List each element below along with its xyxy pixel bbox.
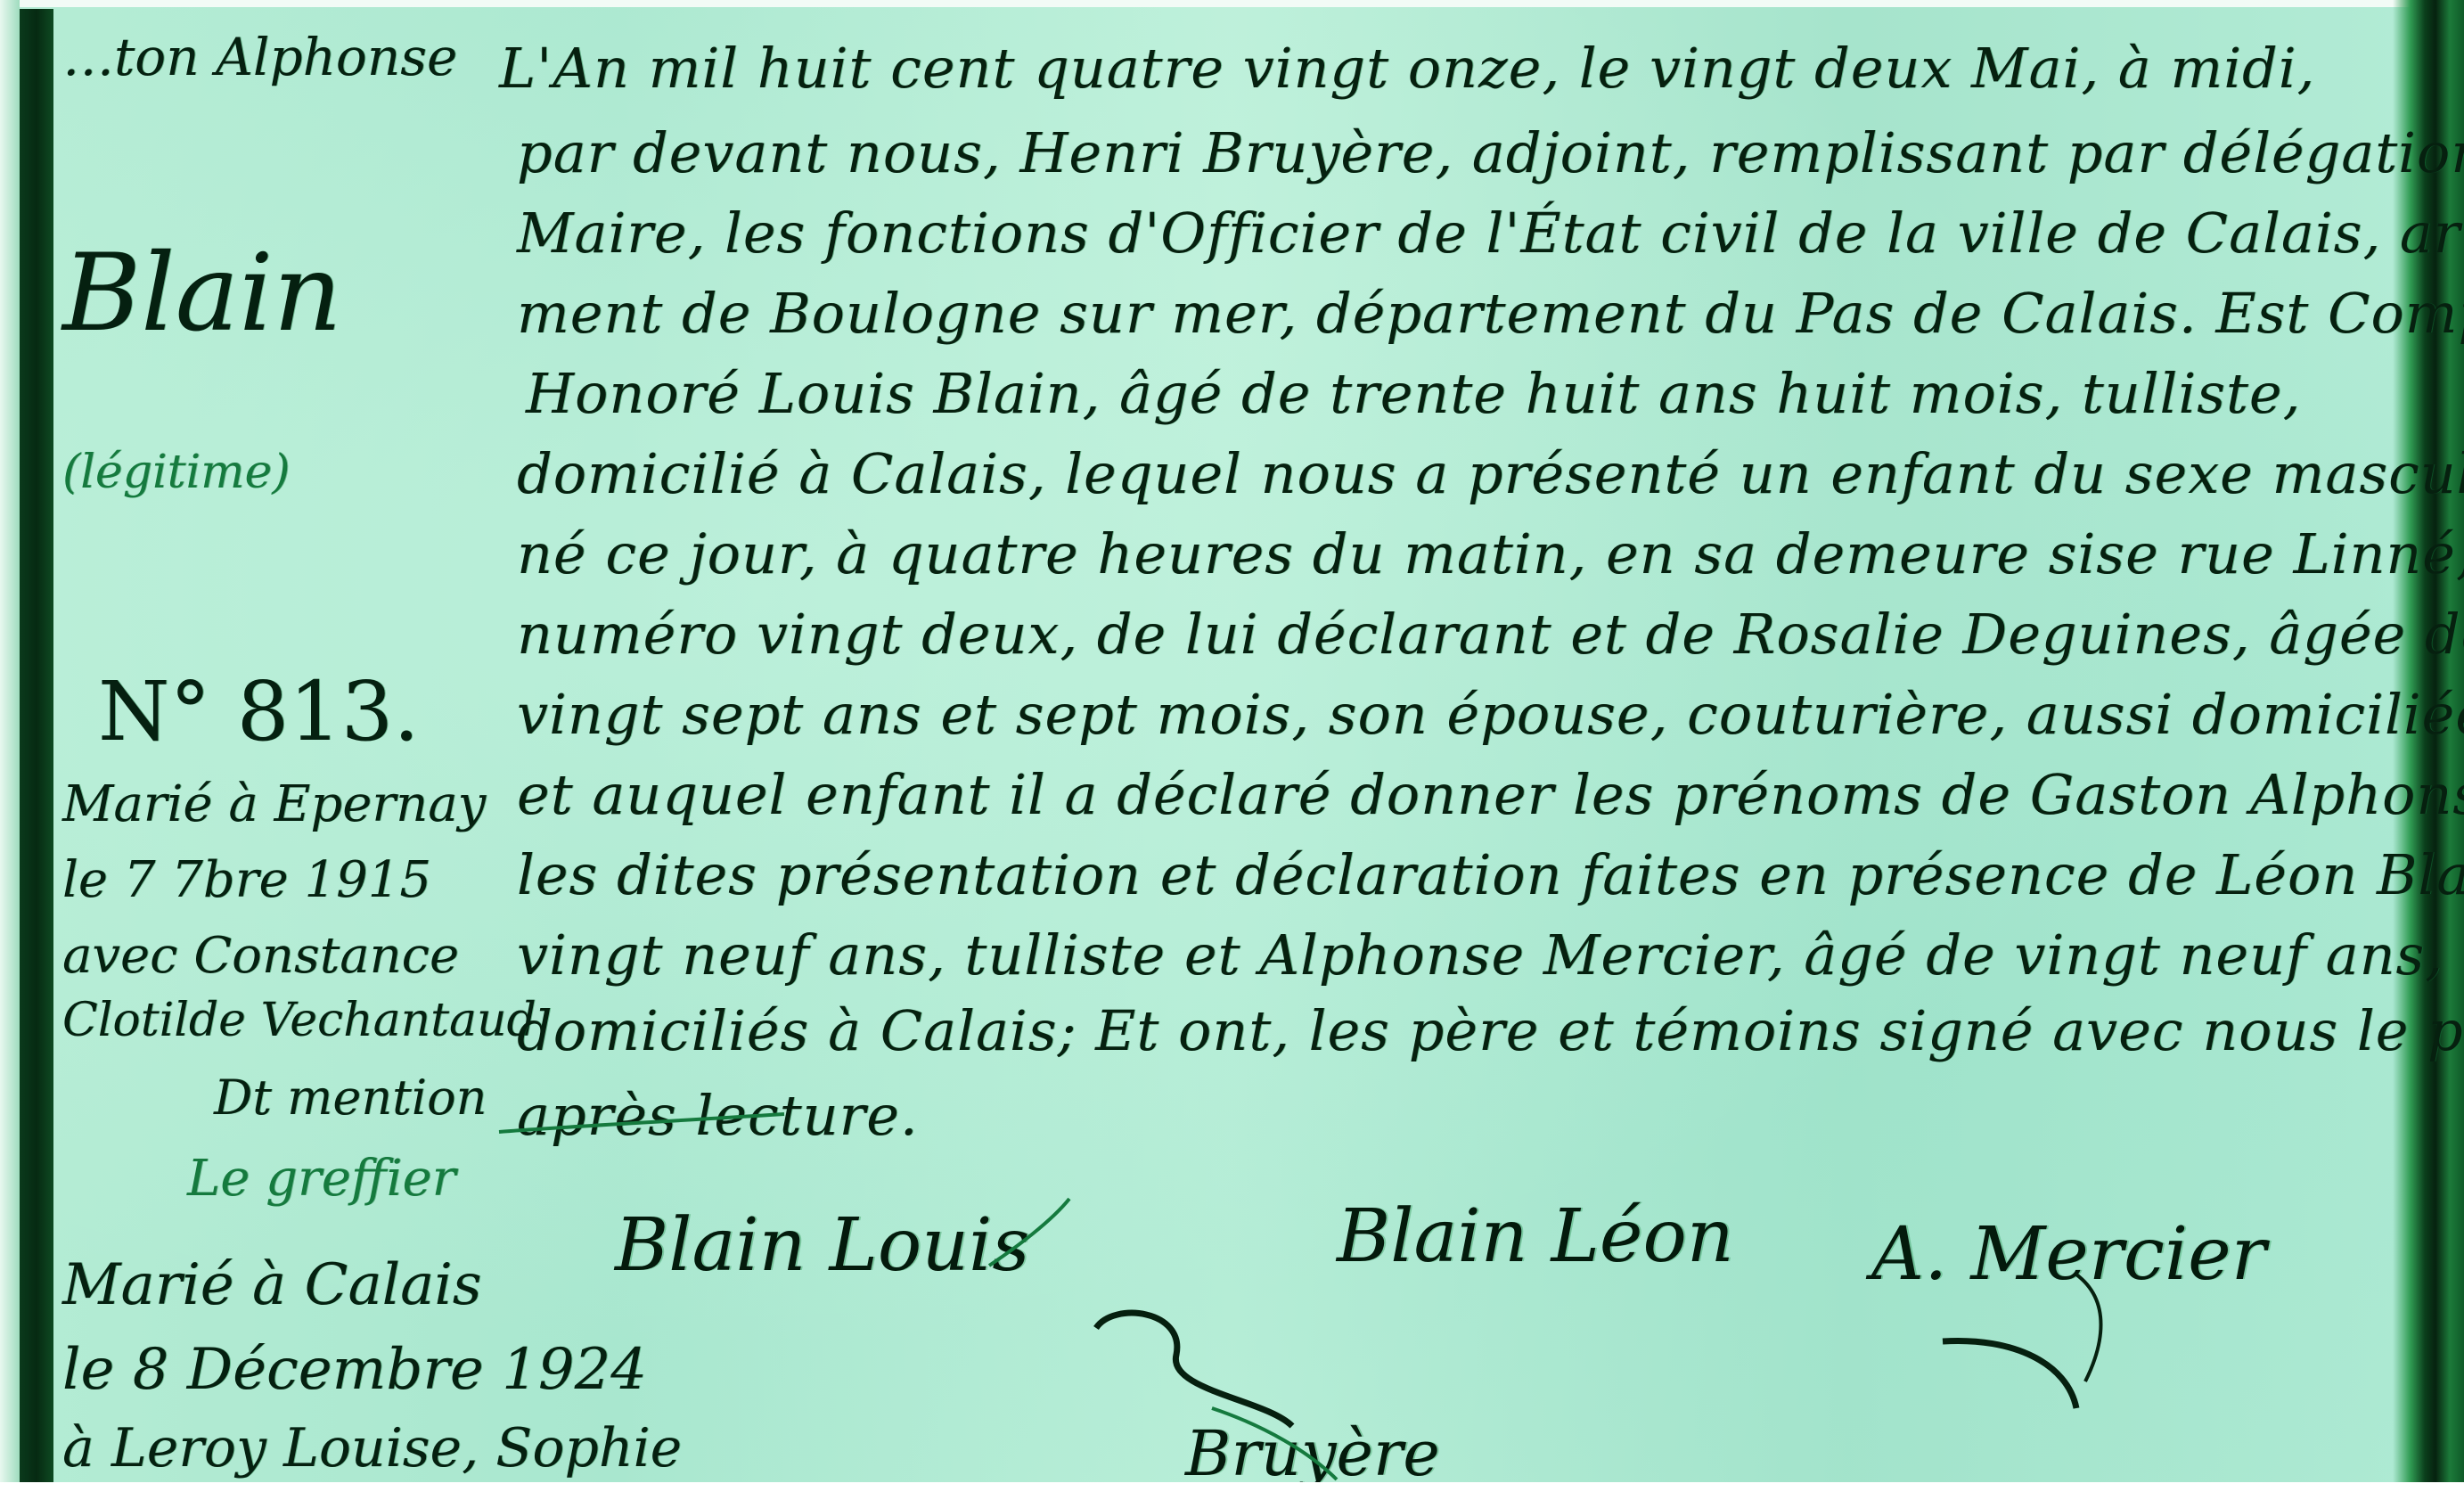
pen-flourishes	[0, 0, 2464, 1482]
register-page: …ton Alphonse Blain (légitime) N° 813. M…	[0, 0, 2464, 1482]
scan-bottom-margin	[0, 1482, 2464, 1500]
